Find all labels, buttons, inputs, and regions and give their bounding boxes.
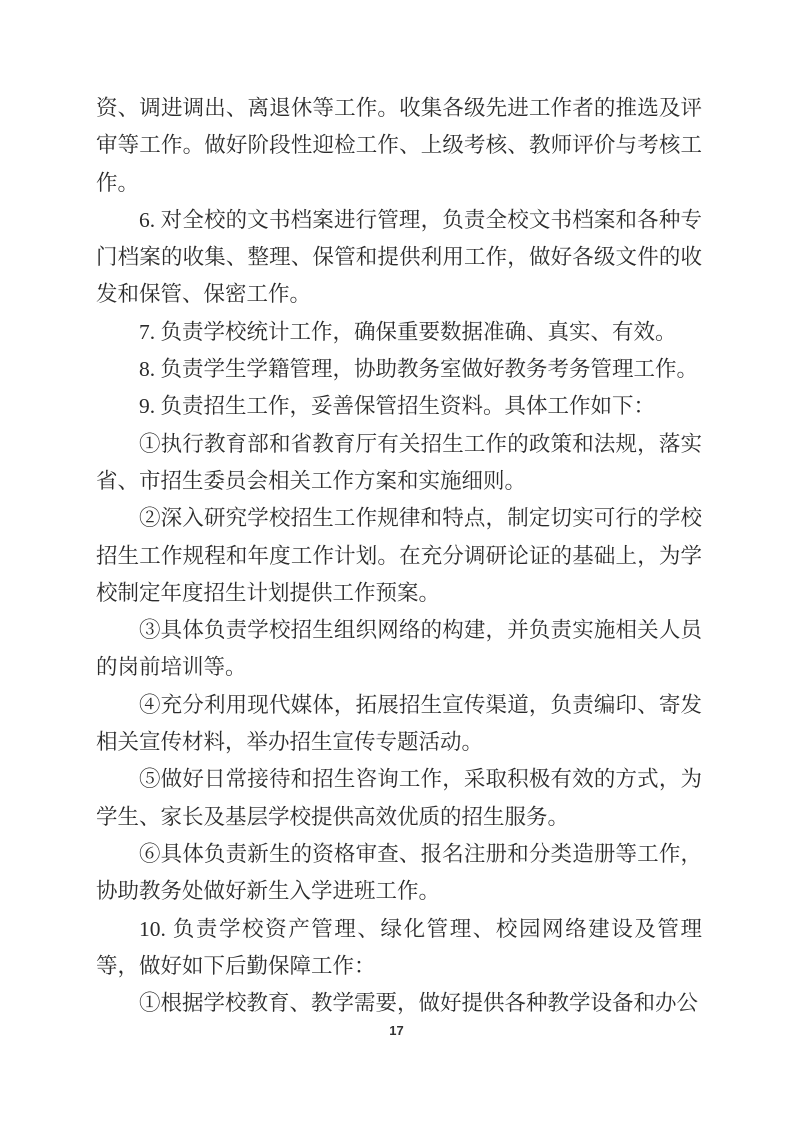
- paragraph-item-10: 10. 负责学校资产管理、绿化管理、校园网络建设及管理等，做好如下后勤保障工作：: [96, 911, 702, 986]
- paragraph-item-6: 6. 对全校的文书档案进行管理，负责全校文书档案和各种专门档案的收集、整理、保管…: [96, 202, 702, 314]
- paragraph-item-8: 8. 负责学生学籍管理，协助教务室做好教务考务管理工作。: [96, 351, 702, 388]
- paragraph-subitem-1b: ①根据学校教育、教学需要，做好提供各种教学设备和办公: [96, 985, 702, 1022]
- paragraph-item-7: 7. 负责学校统计工作，确保重要数据准确、真实、有效。: [96, 314, 702, 351]
- paragraph-subitem-1: ①执行教育部和省教育厅有关招生工作的政策和法规，落实省、市招生委员会相关工作方案…: [96, 426, 702, 501]
- paragraph-subitem-2: ②深入研究学校招生工作规律和特点，制定切实可行的学校招生工作规程和年度工作计划。…: [96, 500, 702, 612]
- paragraph-subitem-6: ⑥具体负责新生的资格审查、报名注册和分类造册等工作，协助教务处做好新生入学进班工…: [96, 836, 702, 911]
- paragraph-subitem-5: ⑤做好日常接待和招生咨询工作，采取积极有效的方式，为学生、家长及基层学校提供高效…: [96, 761, 702, 836]
- page-number: 17: [0, 1023, 793, 1038]
- paragraph-item-9: 9. 负责招生工作，妥善保管招生资料。具体工作如下：: [96, 388, 702, 425]
- paragraph-subitem-4: ④充分利用现代媒体，拓展招生宣传渠道，负责编印、寄发相关宣传材料，举办招生宣传专…: [96, 687, 702, 762]
- document-body-text: 资、调进调出、离退休等工作。收集各级先进工作者的推选及评审等工作。做好阶段性迎检…: [96, 90, 702, 1022]
- paragraph-subitem-3: ③具体负责学校招生组织网络的构建，并负责实施相关人员的岗前培训等。: [96, 612, 702, 687]
- paragraph-continuation: 资、调进调出、离退休等工作。收集各级先进工作者的推选及评审等工作。做好阶段性迎检…: [96, 90, 702, 202]
- document-page: 资、调进调出、离退休等工作。收集各级先进工作者的推选及评审等工作。做好阶段性迎检…: [0, 0, 793, 1122]
